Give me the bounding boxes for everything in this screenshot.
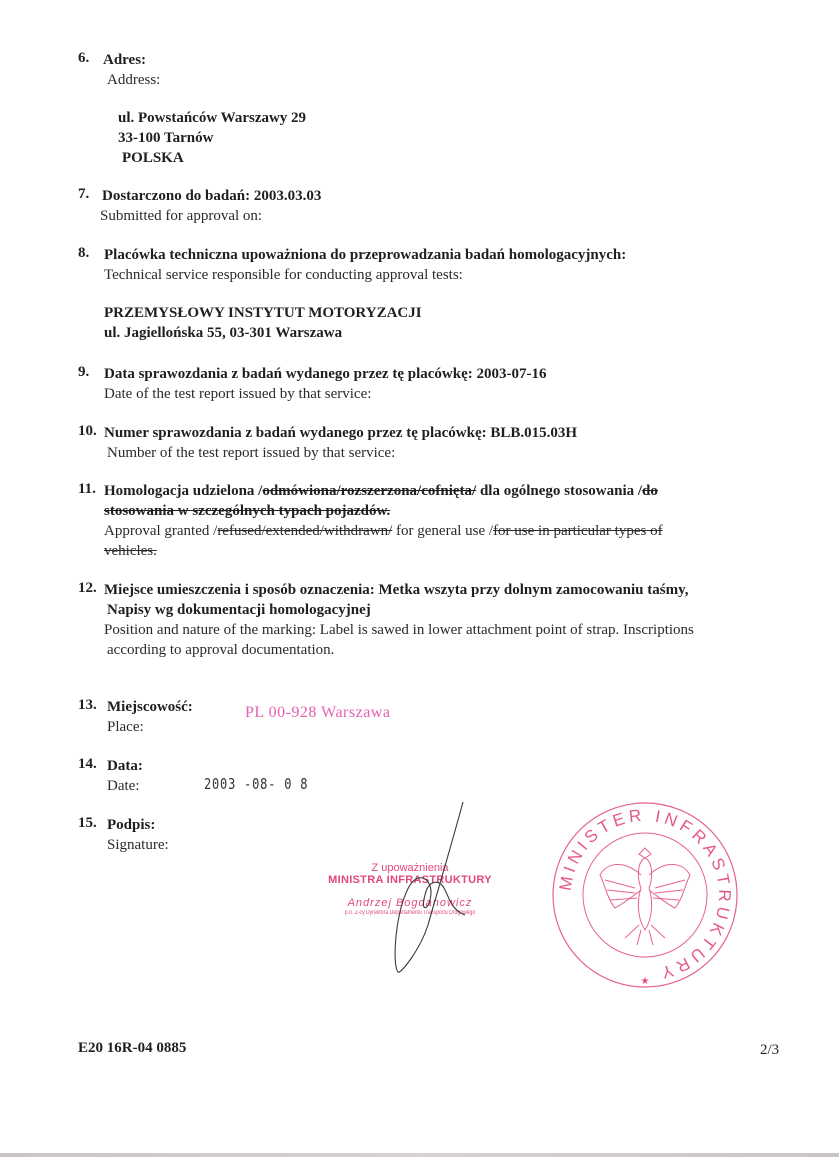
item-report-date: 9. Data sprawozdania z badań wydanego pr…	[78, 364, 778, 404]
item-number: 11.	[78, 481, 96, 498]
document-page: 6. Adres: Address: ul. Powstańców Warsza…	[0, 0, 839, 1157]
label-en: Number of the test report issued by that…	[104, 443, 778, 463]
label-pl: Adres:	[103, 50, 778, 70]
item-place: 13. Miejscowość: Place:	[78, 697, 778, 737]
item-number: 8.	[78, 245, 89, 262]
label-pl: Data:	[107, 756, 778, 776]
item-technical-service: 8. Placówka techniczna upoważniona do pr…	[78, 245, 778, 343]
report-number: BLB.015.03H	[490, 425, 577, 441]
label-en-line2: according to approval documentation.	[104, 640, 798, 660]
eagle-icon	[600, 848, 690, 945]
label-pl-line2: Napisy wg dokumentacji homologacyjnej	[104, 600, 798, 620]
label-pl: Dostarczono do badań:	[102, 188, 250, 204]
address-line-2: 33-100 Tarnów	[118, 128, 778, 148]
place-stamp: PL 00-928 Warszawa	[245, 704, 390, 722]
item-number: 14.	[78, 756, 97, 773]
general-use-en: for general use /	[392, 523, 493, 539]
general-use-pl: dla ogólnego stosowania /	[476, 483, 642, 499]
service-address: ul. Jagiellońska 55, 03-301 Warszawa	[104, 323, 778, 343]
item-submitted: 7. Dostarczono do badań: 2003.03.03 Subm…	[78, 186, 778, 226]
approval-granted-pl: Homologacja udzielona /	[104, 483, 262, 499]
label-en: Technical service responsible for conduc…	[104, 265, 778, 285]
svg-text:MINISTER INFRASTRUKTURY: MINISTER INFRASTRUKTURY	[546, 800, 745, 996]
date-stamp: 2003 -08- 0 8	[204, 775, 308, 793]
approval-granted-en: Approval granted /	[104, 523, 217, 539]
handwritten-signature	[380, 800, 490, 980]
official-seal: MINISTER INFRASTRUKTURY ★	[545, 800, 745, 1000]
item-number: 13.	[78, 697, 97, 714]
report-date: 2003-07-16	[477, 366, 547, 382]
item-approval: 11. Homologacja udzielona /odmówiona/roz…	[78, 481, 798, 561]
struck-options-pl: odmówiona/rozszerzona/cofnięta/	[262, 483, 476, 499]
item-number: 9.	[78, 364, 89, 381]
label-pl: Placówka techniczna upoważniona do przep…	[104, 245, 778, 265]
struck-particular-en-2: vehicles.	[104, 543, 157, 559]
item-number: 12.	[78, 580, 97, 597]
struck-particular-pl-2: stosowania w szczególnych typach pojazdó…	[104, 503, 390, 519]
service-name: PRZEMYSŁOWY INSTYTUT MOTORYZACJI	[104, 303, 778, 323]
item-number: 7.	[78, 186, 89, 203]
item-report-number: 10. Numer sprawozdania z badań wydanego …	[78, 423, 778, 463]
label-en: Date of the test report issued by that s…	[104, 384, 778, 404]
item-number: 15.	[78, 815, 97, 832]
submitted-date: 2003.03.03	[254, 188, 322, 204]
address-line-3: POLSKA	[118, 148, 778, 168]
struck-particular-en-1: for use in particular types of	[493, 523, 663, 539]
label-pl: Miejscowość:	[107, 697, 778, 717]
page-number: 2/3	[760, 1042, 779, 1059]
item-date: 14. Data: Date:	[78, 756, 778, 796]
label-en: Position and nature of the marking: Labe…	[104, 620, 798, 640]
label-pl: Data sprawozdania z badań wydanego przez…	[104, 366, 473, 382]
item-number: 10.	[78, 423, 97, 440]
item-address: 6. Adres: Address: ul. Powstańców Warsza…	[78, 50, 778, 168]
item-marking: 12. Miejsce umieszczenia i sposób oznacz…	[78, 580, 798, 660]
star-icon: ★	[641, 976, 650, 987]
label-en: Address:	[103, 70, 778, 90]
label-en: Place:	[107, 717, 778, 737]
item-number: 6.	[78, 50, 89, 67]
label-pl: Miejsce umieszczenia i sposób oznaczenia…	[104, 580, 798, 600]
label-pl: Numer sprawozdania z badań wydanego prze…	[104, 425, 487, 441]
certificate-code: E20 16R-04 0885	[78, 1040, 186, 1057]
label-en: Submitted for approval on:	[100, 206, 778, 226]
scan-edge	[0, 1153, 839, 1157]
struck-particular-pl-1: do	[642, 483, 658, 499]
struck-options-en: refused/extended/withdrawn/	[217, 523, 392, 539]
address-line-1: ul. Powstańców Warszawy 29	[118, 108, 778, 128]
